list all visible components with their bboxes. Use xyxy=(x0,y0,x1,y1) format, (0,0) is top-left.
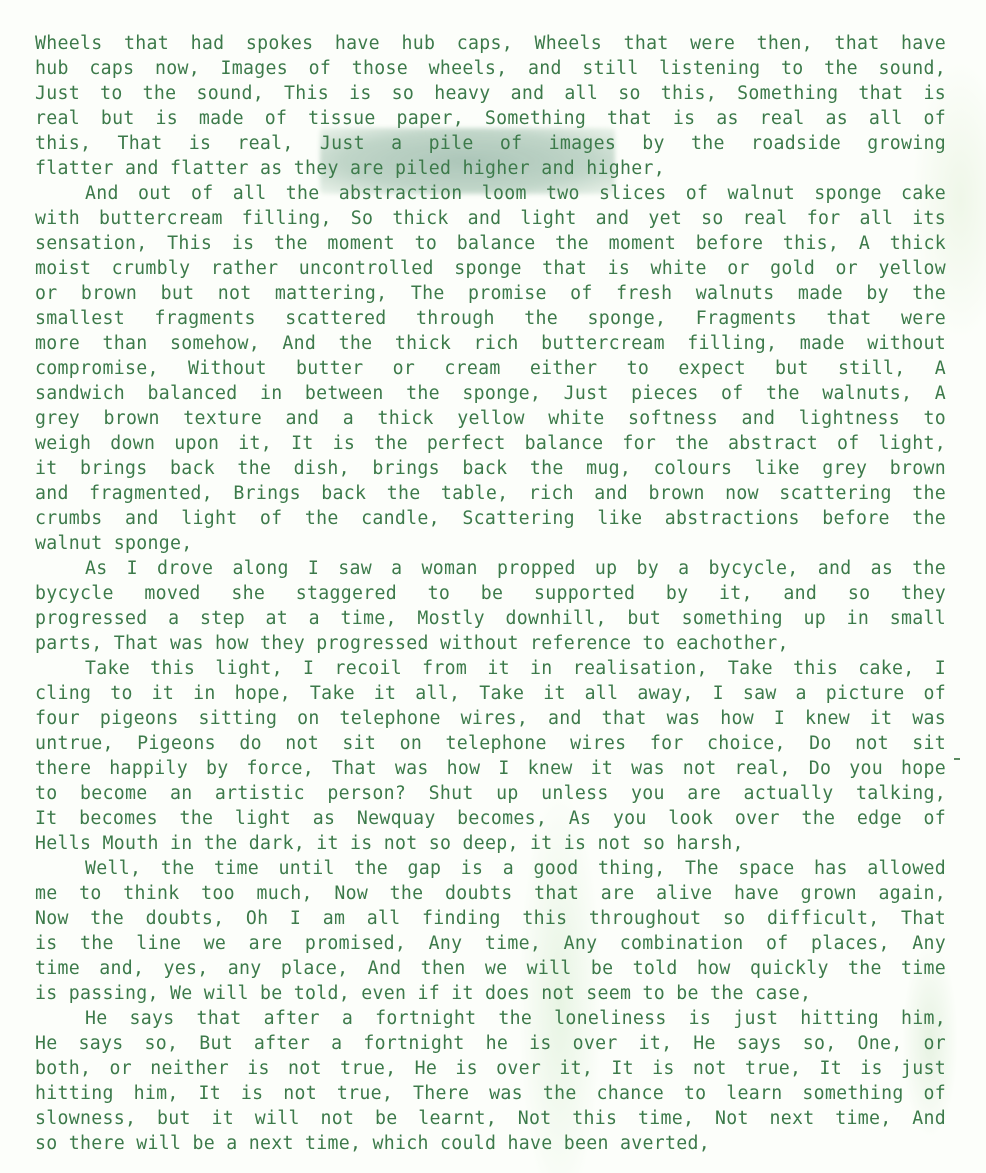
text-line: Now the doubts, Oh I am all finding this… xyxy=(35,906,946,931)
text-line: more than somehow, And the thick rich bu… xyxy=(35,331,946,356)
text-line: Hells Mouth in the dark, it is not so de… xyxy=(35,831,946,856)
text-line: four pigeons sitting on telephone wires,… xyxy=(35,706,946,731)
text-line: moist crumbly rather uncontrolled sponge… xyxy=(35,256,946,281)
text-line: is passing, We will be told, even if it … xyxy=(35,981,946,1006)
text-line: sandwich balanced in between the sponge,… xyxy=(35,381,946,406)
paragraph: Wheels that had spokes have hub caps, Wh… xyxy=(35,31,946,181)
text-line: crumbs and light of the candle, Scatteri… xyxy=(35,506,946,531)
text-line: bycycle moved she staggered to be suppor… xyxy=(35,581,946,606)
text-line: weigh down upon it, It is the perfect ba… xyxy=(35,431,946,456)
text-line: time and, yes, any place, And then we wi… xyxy=(35,956,946,981)
stray-ink-mark xyxy=(954,758,960,760)
text-line: It becomes the light as Newquay becomes,… xyxy=(35,806,946,831)
text-line: Well, the time until the gap is a good t… xyxy=(35,856,946,881)
paragraph: Well, the time until the gap is a good t… xyxy=(35,856,946,1006)
text-line: walnut sponge, xyxy=(35,531,946,556)
paragraph: As I drove along I saw a woman propped u… xyxy=(35,556,946,656)
text-line: this, That is real, Just a pile of image… xyxy=(35,131,946,156)
text-line: sensation, This is the moment to balance… xyxy=(35,231,946,256)
text-line: hitting him, It is not true, There was t… xyxy=(35,1081,946,1106)
text-line: flatter and flatter as they are piled hi… xyxy=(35,156,946,181)
text-line: cling to it in hope, Take it all, Take i… xyxy=(35,681,946,706)
paragraph: Take this light, I recoil from it in rea… xyxy=(35,656,946,856)
text-line: parts, That was how they progressed with… xyxy=(35,631,946,656)
text-line: untrue, Pigeons do not sit on telephone … xyxy=(35,731,946,756)
text-line: Wheels that had spokes have hub caps, Wh… xyxy=(35,31,946,56)
text-line: with buttercream filling, So thick and l… xyxy=(35,206,946,231)
text-line: or brown but not mattering, The promise … xyxy=(35,281,946,306)
text-line: me to think too much, Now the doubts tha… xyxy=(35,881,946,906)
text-line: real but is made of tissue paper, Someth… xyxy=(35,106,946,131)
text-line: He says so, But after a fortnight he is … xyxy=(35,1031,946,1056)
text-line: so there will be a next time, which coul… xyxy=(35,1131,946,1156)
text-line: hub caps now, Images of those wheels, an… xyxy=(35,56,946,81)
paragraph: And out of all the abstraction loom two … xyxy=(35,181,946,556)
text-line: there happily by force, That was how I k… xyxy=(35,756,946,781)
text-line: smallest fragments scattered through the… xyxy=(35,306,946,331)
text-line: it brings back the dish, brings back the… xyxy=(35,456,946,481)
text-line: compromise, Without butter or cream eith… xyxy=(35,356,946,381)
text-line: And out of all the abstraction loom two … xyxy=(35,181,946,206)
text-line: slowness, but it will not be learnt, Not… xyxy=(35,1106,946,1131)
text-line: grey brown texture and a thick yellow wh… xyxy=(35,406,946,431)
text-line: As I drove along I saw a woman propped u… xyxy=(35,556,946,581)
document-body: Wheels that had spokes have hub caps, Wh… xyxy=(35,31,946,1156)
text-line: progressed a step at a time, Mostly down… xyxy=(35,606,946,631)
paragraph: He says that after a fortnight the lonel… xyxy=(35,1006,946,1156)
text-line: He says that after a fortnight the lonel… xyxy=(35,1006,946,1031)
text-line: is the line we are promised, Any time, A… xyxy=(35,931,946,956)
text-line: both, or neither is not true, He is over… xyxy=(35,1056,946,1081)
text-line: Take this light, I recoil from it in rea… xyxy=(35,656,946,681)
typewritten-page: Wheels that had spokes have hub caps, Wh… xyxy=(0,0,986,1173)
text-line: to become an artistic person? Shut up un… xyxy=(35,781,946,806)
text-line: and fragmented, Brings back the table, r… xyxy=(35,481,946,506)
text-line: Just to the sound, This is so heavy and … xyxy=(35,81,946,106)
